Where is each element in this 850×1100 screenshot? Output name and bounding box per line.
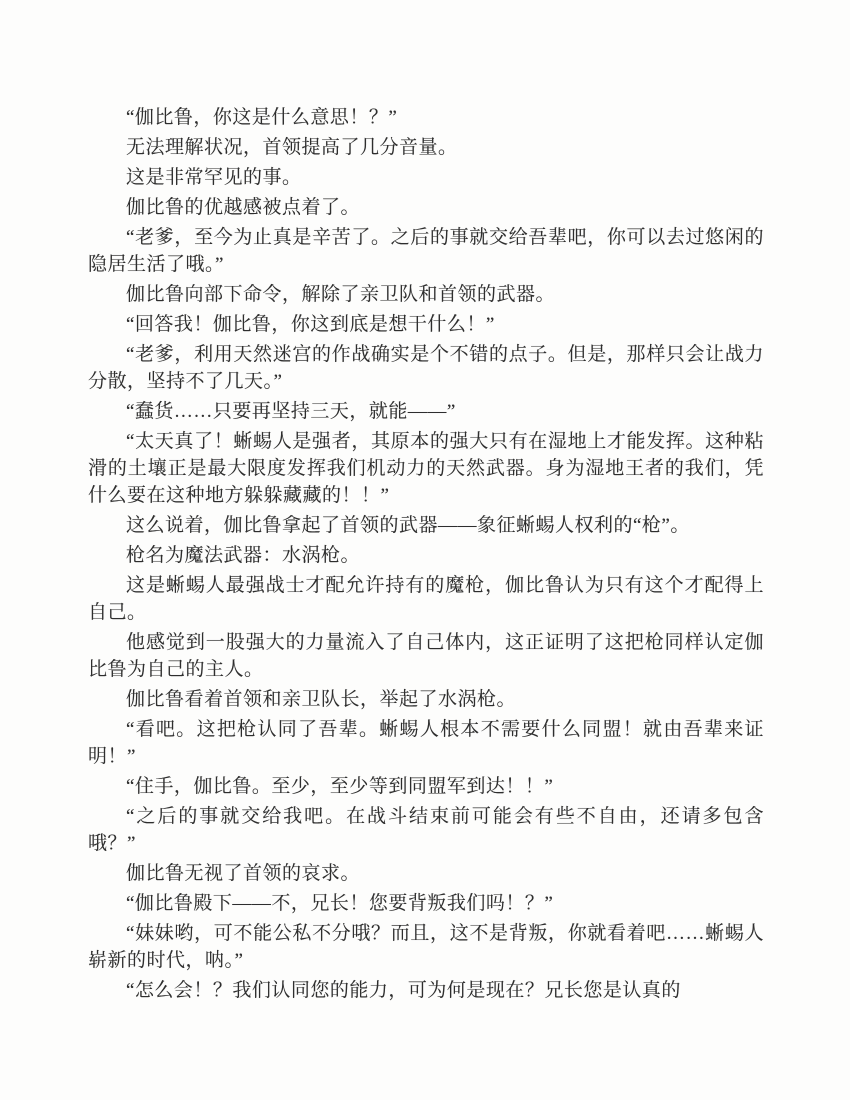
paragraph: 伽比鲁看着首领和亲卫队长，举起了水涡枪。 — [88, 686, 764, 713]
paragraph: “蠢货……只要再坚持三天，就能——” — [88, 398, 764, 425]
paragraph: “太天真了！蜥蜴人是强者，其原本的强大只有在湿地上才能发挥。这种粘滑的土壤正是最… — [88, 428, 764, 509]
novel-page: “伽比鲁，你这是什么意思！？” 无法理解状况，首领提高了几分音量。 这是非常罕见… — [0, 0, 850, 1100]
paragraph: “妹妹哟，可不能公私不分哦？而且，这不是背叛，你就看着吧……蜥蜴人崭新的时代，呐… — [88, 920, 764, 974]
paragraph: 伽比鲁无视了首领的哀求。 — [88, 860, 764, 887]
paragraph: “老爹，利用天然迷宫的作战确实是个不错的点子。但是，那样只会让战力分散，坚持不了… — [88, 341, 764, 395]
paragraph: “老爹，至今为止真是辛苦了。之后的事就交给吾辈吧，你可以去过悠闲的隐居生活了哦。… — [88, 224, 764, 278]
paragraph: “住手，伽比鲁。至少，至少等到同盟军到达！！” — [88, 773, 764, 800]
paragraph: 这是非常罕见的事。 — [88, 164, 764, 191]
paragraph: “伽比鲁殿下——不，兄长！您要背叛我们吗！？” — [88, 890, 764, 917]
paragraph: “看吧。这把枪认同了吾辈。蜥蜴人根本不需要什么同盟！就由吾辈来证明！” — [88, 716, 764, 770]
paragraph: “伽比鲁，你这是什么意思！？” — [88, 104, 764, 131]
paragraph: “回答我！伽比鲁，你这到底是想干什么！” — [88, 311, 764, 338]
paragraph: 他感觉到一股强大的力量流入了自己体内，这正证明了这把枪同样认定伽比鲁为自己的主人… — [88, 629, 764, 683]
paragraph: 无法理解状况，首领提高了几分音量。 — [88, 134, 764, 161]
paragraph: “之后的事就交给我吧。在战斗结束前可能会有些不自由，还请多包含哦？” — [88, 803, 764, 857]
paragraph: 这么说着，伽比鲁拿起了首领的武器——象征蜥蜴人权利的“枪”。 — [88, 512, 764, 539]
novel-text-block: “伽比鲁，你这是什么意思！？” 无法理解状况，首领提高了几分音量。 这是非常罕见… — [88, 104, 764, 1007]
paragraph: 伽比鲁向部下命令，解除了亲卫队和首领的武器。 — [88, 281, 764, 308]
paragraph: 枪名为魔法武器：水涡枪。 — [88, 542, 764, 569]
paragraph: 伽比鲁的优越感被点着了。 — [88, 194, 764, 221]
paragraph: 这是蜥蜴人最强战士才配允许持有的魔枪，伽比鲁认为只有这个才配得上自己。 — [88, 572, 764, 626]
paragraph: “怎么会！？我们认同您的能力，可为何是现在？兄长您是认真的 — [88, 977, 764, 1004]
